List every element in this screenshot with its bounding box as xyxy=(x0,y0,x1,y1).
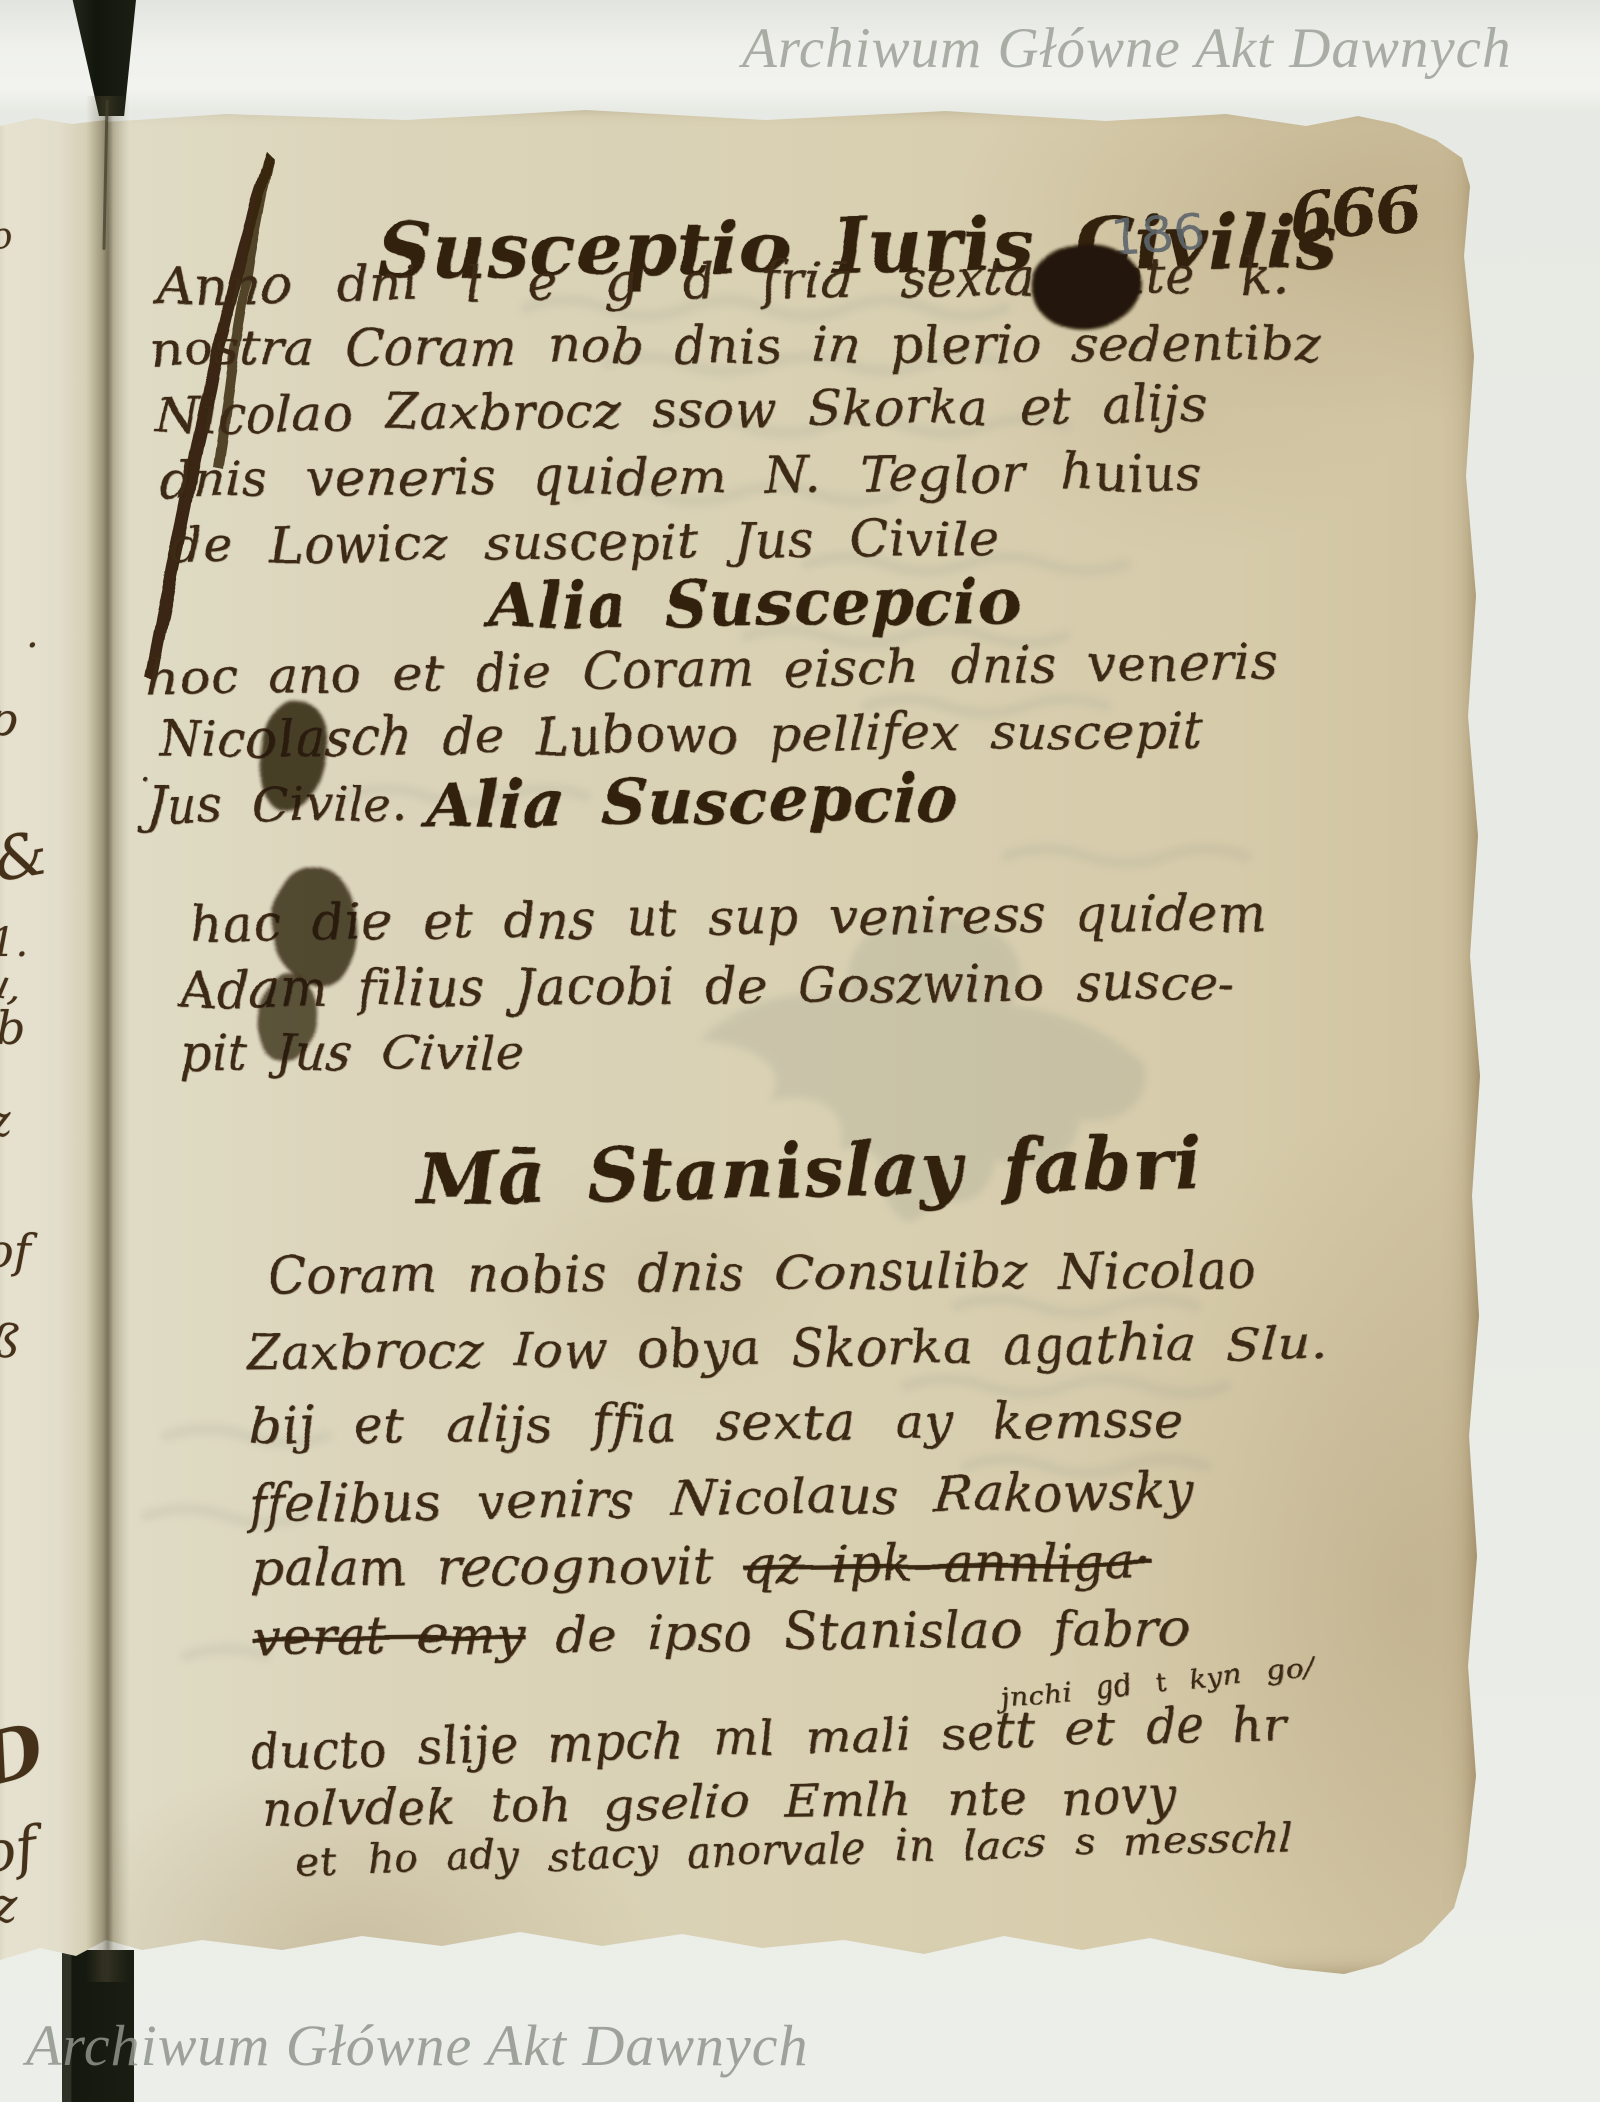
margin-ink-fragment: ß xyxy=(0,1312,24,1370)
heading-alia-suscepcio-2: Alia Suscepcio xyxy=(426,761,960,841)
line5-plain: palam recognovit xyxy=(250,1536,744,1598)
text-line-entry4-6: verat emy de ipso Stanislao fabro xyxy=(253,1599,1190,1667)
binding-ribbon-bottom xyxy=(62,1950,134,2102)
text-line-entry4-2: Zaxbrocz Iow obya Skorka agathia Slu. xyxy=(246,1314,1327,1381)
margin-ink-fragment: p xyxy=(0,691,20,748)
facing-page-edge: ɔ . p & 1. u, b z of ß D of z xyxy=(0,96,106,1982)
text-line-entry4-3: bij et alijs ffia sexta ay kemsse xyxy=(250,1391,1185,1456)
text-line-entry4-7: ducto slije mpch ml mali sett et de hr xyxy=(247,1695,1289,1780)
margin-ink-fragment: z xyxy=(0,1095,14,1148)
archival-scan: ɔ . p & 1. u, b z of ß D of z xyxy=(0,0,1600,2102)
text-line-entry4-5: palam recognovit qz ipk annliga· xyxy=(250,1532,1152,1598)
heading-stanislay-fabri: Mā Stanislay fabri xyxy=(417,1120,1202,1221)
text-line-entry2-1: hoc ano et die Coram eisch dnis veneris xyxy=(146,632,1277,706)
margin-ink-fragment: of xyxy=(0,1815,41,1887)
margin-ink-fragment: b xyxy=(0,1001,25,1055)
text-line-entry1-2: nostra Coram nob dnis in plerio sedentib… xyxy=(150,314,1321,378)
heading-alia-suscepcio-1: Alia Suscepcio xyxy=(488,565,1022,643)
text-line-entry1-4: dnis veneris quidem N. Teglor huius xyxy=(160,443,1203,508)
margin-ink-fragment: D xyxy=(0,1706,52,1804)
line5-strikethrough: qz ipk annliga· xyxy=(743,1532,1151,1594)
margin-ink-fragment: . xyxy=(26,611,39,657)
archive-watermark-bottom: Archiwum Główne Akt Dawnych xyxy=(26,2012,809,2079)
text-line-entry3-3: pit Jus Civile xyxy=(180,1025,524,1081)
margin-ink-fragment: of xyxy=(0,1224,31,1278)
margin-ink-fragment: & xyxy=(0,818,53,896)
margin-ink-fragment: z xyxy=(0,1878,17,1934)
margin-ink-fragment: 1. xyxy=(0,920,28,966)
text-line-entry1-5: de Lowicz suscepit Jus Civile xyxy=(170,509,998,574)
line6-plain: de ipso Stanislao fabro xyxy=(524,1599,1190,1664)
text-line-entry1-3: Nicolao Zaxbrocz ssow Skorka et alijs xyxy=(156,376,1207,445)
ink-folio-number: 666 xyxy=(1285,168,1423,257)
text-line-entry4-1: Coram nobis dnis Consulibz Nicolao xyxy=(266,1241,1257,1306)
scanner-background-strip xyxy=(0,0,1600,112)
handwriting-layer: Susceptio Iuris Civilis 186 666 Anno dni… xyxy=(106,96,1482,1982)
line6-strikethrough: verat emy xyxy=(253,1606,525,1667)
text-line-entry4-4: ffelibus venirs Nicolaus Rakowsky xyxy=(248,1462,1194,1533)
margin-ink-fragment: ɔ xyxy=(0,215,15,258)
manuscript-page: Susceptio Iuris Civilis 186 666 Anno dni… xyxy=(106,96,1482,1982)
